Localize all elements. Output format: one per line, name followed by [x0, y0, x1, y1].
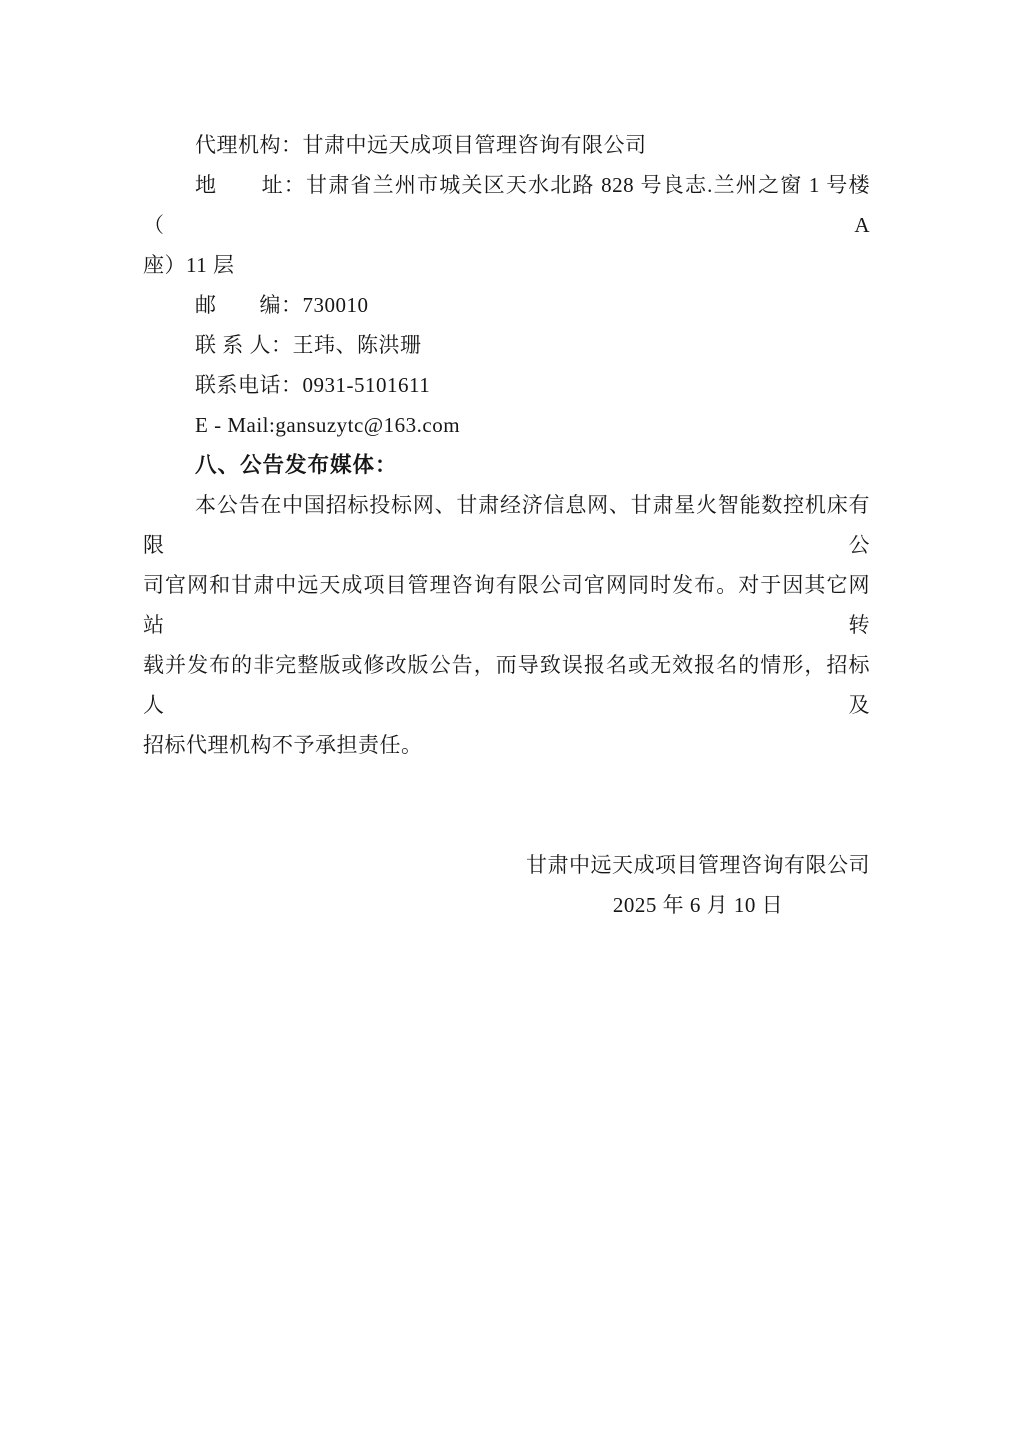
signature-company: 甘肃中远天成项目管理咨询有限公司	[526, 845, 870, 885]
address-value-line2: 座）11 层	[143, 253, 234, 277]
agency-label: 代理机构：	[195, 133, 303, 157]
postal-label: 邮 编：	[195, 293, 303, 317]
postal-value: 730010	[303, 293, 369, 317]
email-label: E - Mail:	[195, 413, 275, 437]
email-row: E - Mail:gansuzytc@163.com	[143, 405, 870, 445]
contact-persons-value: 王玮、陈洪珊	[293, 333, 422, 357]
phone-label: 联系电话：	[195, 373, 303, 397]
signature-block: 甘肃中远天成项目管理咨询有限公司 2025 年 6 月 10 日	[526, 845, 870, 925]
agency-row: 代理机构：甘肃中远天成项目管理咨询有限公司	[143, 125, 870, 165]
address-row-line2: 座）11 层	[143, 245, 870, 285]
signature-date: 2025 年 6 月 10 日	[526, 885, 870, 925]
section-heading-media: 八、公告发布媒体：	[143, 445, 870, 485]
media-paragraph-line: 载并发布的非完整版或修改版公告，而导致误报名或无效报名的情形，招标人及	[143, 645, 870, 725]
address-row-line1: 地 址：甘肃省兰州市城关区天水北路 828 号良志.兰州之窗 1 号楼（A	[143, 165, 870, 245]
address-label: 地 址：	[195, 173, 306, 197]
vertical-spacer	[143, 765, 870, 845]
phone-value: 0931-5101611	[303, 373, 431, 397]
contact-persons-label: 联 系 人：	[195, 333, 293, 357]
email-value: gansuzytc@163.com	[275, 413, 460, 437]
media-paragraph-line: 司官网和甘肃中远天成项目管理咨询有限公司官网同时发布。对于因其它网站转	[143, 565, 870, 645]
media-paragraph-line: 本公告在中国招标投标网、甘肃经济信息网、甘肃星火智能数控机床有限公	[143, 485, 870, 565]
agency-value: 甘肃中远天成项目管理咨询有限公司	[303, 133, 647, 157]
contact-persons-row: 联 系 人：王玮、陈洪珊	[143, 325, 870, 365]
document-page: 代理机构：甘肃中远天成项目管理咨询有限公司 地 址：甘肃省兰州市城关区天水北路 …	[143, 0, 870, 925]
postal-row: 邮 编：730010	[143, 285, 870, 325]
phone-row: 联系电话：0931-5101611	[143, 365, 870, 405]
media-paragraph-line: 招标代理机构不予承担责任。	[143, 725, 870, 765]
